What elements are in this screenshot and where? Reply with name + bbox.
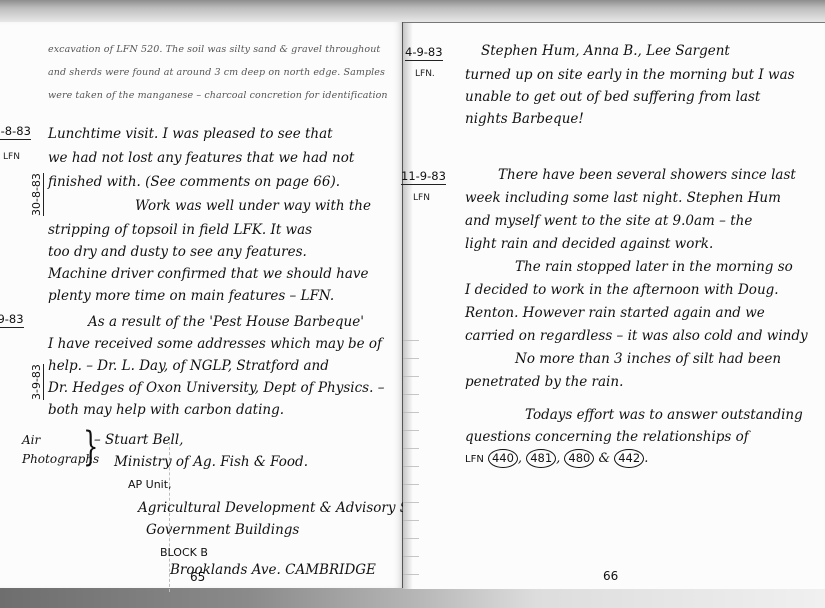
entry-line: too dry and dusty to see any features. bbox=[48, 244, 307, 260]
entry-line: There have been several showers since la… bbox=[498, 167, 796, 183]
entry-line: No more than 3 inches of silt had been bbox=[515, 351, 781, 367]
entry-line: questions concerning the relationships o… bbox=[465, 429, 749, 445]
feature-number-circled: 481 bbox=[526, 449, 556, 468]
entry-line: nights Barbeque! bbox=[465, 111, 584, 127]
address-line: AP Unit, bbox=[128, 478, 172, 491]
entry-line: The rain stopped later in the morning so bbox=[515, 259, 793, 275]
entry-line: Dr. Hedges of Oxon University, Dept of P… bbox=[48, 380, 384, 396]
entry-line: stripping of topsoil in field LFK. It wa… bbox=[48, 222, 312, 238]
separator: . bbox=[644, 451, 648, 466]
address-line: – Stuart Bell, bbox=[94, 432, 183, 448]
entry-line: and myself went to the site at 9.0am – t… bbox=[465, 213, 752, 229]
page-number: 66 bbox=[603, 569, 618, 583]
vertical-date: 3-9-83 bbox=[30, 364, 44, 400]
entry-line: plenty more time on main features – LFN. bbox=[48, 288, 334, 304]
entry-line: unable to get out of bed suffering from … bbox=[465, 89, 760, 105]
page-number: 65 bbox=[190, 570, 205, 584]
entry-line: Stephen Hum, Anna B., Lee Sargent bbox=[481, 43, 730, 59]
entry-line: finished with. (See comments on page 66)… bbox=[48, 174, 340, 190]
entry-line: Todays effort was to answer outstanding bbox=[525, 407, 803, 423]
entry-line: turned up on site early in the morning b… bbox=[465, 67, 795, 83]
notebook-page-65: excavation of LFN 520. The soil was silt… bbox=[0, 22, 403, 588]
continued-line: excavation of LFN 520. The soil was silt… bbox=[48, 44, 380, 55]
entry-line: I have received some addresses which may… bbox=[48, 336, 382, 352]
entry-line: I decided to work in the afternoon with … bbox=[465, 282, 779, 298]
entry-line: Work was well under way with the bbox=[135, 198, 371, 214]
entry-line: Renton. However rain started again and w… bbox=[465, 305, 765, 321]
address-line: BLOCK B bbox=[160, 546, 208, 559]
entry-line: penetrated by the rain. bbox=[465, 374, 623, 390]
ruled-edge bbox=[403, 323, 419, 583]
separator: , bbox=[518, 451, 522, 466]
site-code: LFN bbox=[3, 152, 20, 162]
continued-line: were taken of the manganese – charcoal c… bbox=[48, 90, 388, 101]
entry-line: carried on regardless – it was also cold… bbox=[465, 328, 808, 344]
entry-line: week including some last night. Stephen … bbox=[465, 190, 781, 206]
continued-line: and sherds were found at around 3 cm dee… bbox=[48, 67, 385, 78]
entry-date: 3-9-83 bbox=[0, 312, 24, 328]
separator: , bbox=[556, 451, 560, 466]
entry-line: both may help with carbon dating. bbox=[48, 402, 284, 418]
entry-line: help. – Dr. L. Day, of NGLP, Stratford a… bbox=[48, 358, 329, 374]
address-line: Government Buildings bbox=[146, 522, 299, 538]
entry-date: 11-9-83 bbox=[401, 169, 446, 185]
entry-line: we had not lost any features that we had… bbox=[48, 150, 354, 166]
address-line: Ministry of Ag. Fish & Food. bbox=[114, 454, 308, 470]
feature-site-code: LFN bbox=[465, 454, 484, 465]
feature-number-circled: 480 bbox=[564, 449, 594, 468]
entry-line: As a result of the 'Pest House Barbeque' bbox=[88, 314, 364, 330]
feature-list: LFN 440, 481, 480 & 442. bbox=[465, 449, 648, 468]
feature-number-circled: 440 bbox=[488, 449, 518, 468]
site-code: LFN bbox=[413, 193, 430, 203]
entry-date: 30-8-83 bbox=[0, 124, 31, 140]
vertical-date: 30-8-83 bbox=[30, 173, 44, 216]
entry-date: 4-9-83 bbox=[405, 45, 443, 61]
contact-label: Air bbox=[22, 433, 40, 447]
entry-line: Lunchtime visit. I was pleased to see th… bbox=[48, 126, 333, 142]
entry-line: Machine driver confirmed that we should … bbox=[48, 266, 369, 282]
site-code: LFN. bbox=[415, 69, 435, 79]
entry-line: light rain and decided against work. bbox=[465, 236, 713, 252]
feature-number-circled: 442 bbox=[614, 449, 644, 468]
notebook-page-66: 4-9-83 LFN. Stephen Hum, Anna B., Lee Sa… bbox=[403, 22, 825, 589]
separator: & bbox=[599, 451, 611, 466]
